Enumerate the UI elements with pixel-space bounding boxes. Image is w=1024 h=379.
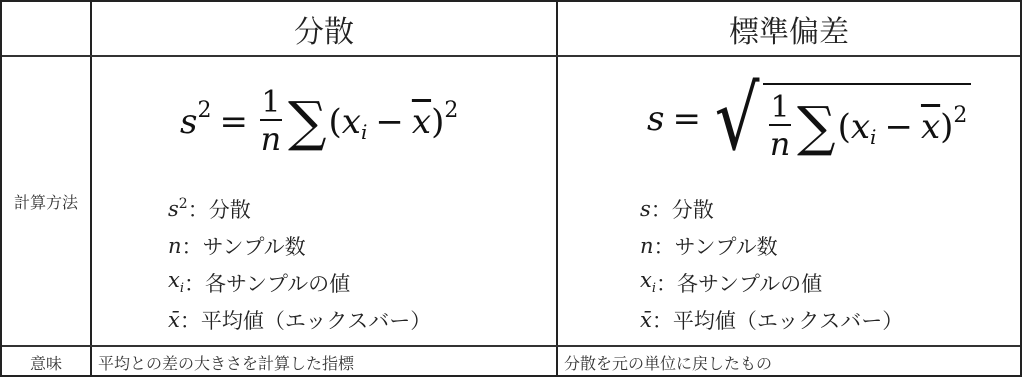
formula-subscript: i	[361, 120, 367, 144]
legend-symbol: xi	[640, 268, 656, 296]
legend-description: ：サンプル数	[654, 231, 778, 261]
formula-symbol: s	[180, 102, 197, 142]
formula-symbol: x	[851, 107, 870, 147]
row-label-calculation-method: 計算方法	[2, 57, 90, 345]
legend-symbol: x̄	[168, 308, 180, 332]
variance-legend: s2：分散 n：サンプル数 xi：各サンプルの値 x̄：平均値（エックスバー）	[168, 190, 431, 338]
sigma-symbol: ∑	[288, 95, 327, 149]
variance-meaning: 平均との差の大きさを計算した指標	[92, 347, 556, 377]
sqrt-icon: √	[715, 75, 760, 163]
row-label-meaning: 意味	[2, 347, 90, 377]
header-corner-cell	[2, 2, 90, 55]
legend-item: xi：各サンプルの値	[640, 264, 903, 301]
column-divider	[90, 2, 92, 375]
sigma-symbol: ∑	[797, 100, 836, 154]
legend-symbol: s	[640, 197, 651, 221]
legend-item: s2：分散	[168, 190, 431, 227]
formula-xbar: x	[412, 102, 431, 142]
legend-symbol: xi	[168, 268, 184, 296]
legend-item: s：分散	[640, 190, 903, 227]
legend-item: x̄：平均値（エックスバー）	[168, 301, 431, 338]
std-deviation-formula: s = √ 1 n ∑ (xi − x)2	[647, 64, 971, 174]
fraction: 1 n	[769, 92, 791, 162]
legend-symbol: x̄	[640, 308, 652, 332]
header-std-deviation: 標準偏差	[558, 2, 1020, 55]
formula-equals: =	[672, 99, 701, 139]
formula-exponent: 2	[197, 98, 211, 123]
column-divider	[556, 2, 558, 375]
formula-exponent: 2	[953, 103, 967, 128]
legend-description: ：平均値（エックスバー）	[180, 305, 431, 335]
open-paren: (	[838, 107, 851, 147]
formula-equals: =	[219, 102, 248, 142]
legend-description: ：各サンプルの値	[656, 268, 822, 298]
legend-description: ：各サンプルの値	[184, 268, 350, 298]
legend-description: ：分散	[651, 194, 714, 224]
std-deviation-meaning: 分散を元の単位に戻したもの	[558, 347, 1020, 377]
open-paren: (	[329, 102, 342, 142]
legend-symbol: n	[640, 234, 654, 258]
formula-exponent: 2	[444, 98, 458, 123]
close-paren: )	[940, 107, 953, 147]
legend-item: n：サンプル数	[168, 227, 431, 264]
legend-symbol: n	[168, 234, 182, 258]
row-divider	[2, 55, 1020, 57]
square-root: √ 1 n ∑ (xi − x)2	[709, 75, 971, 163]
formula-symbol: x	[342, 102, 361, 142]
fraction-numerator: 1	[770, 92, 789, 124]
formula-symbol: s	[647, 99, 664, 139]
legend-item: xi：各サンプルの値	[168, 264, 431, 301]
close-paren: )	[431, 102, 444, 142]
formula-minus: −	[375, 102, 404, 142]
header-variance: 分散	[92, 2, 556, 55]
legend-item: x̄：平均値（エックスバー）	[640, 301, 903, 338]
fraction: 1 n	[260, 87, 282, 157]
formula-subscript: i	[870, 125, 876, 149]
formula-xbar: x	[921, 107, 940, 147]
formula-minus: −	[884, 107, 913, 147]
legend-description: ：サンプル数	[182, 231, 306, 261]
fraction-denominator: n	[770, 126, 791, 162]
fraction-numerator: 1	[261, 87, 280, 119]
variance-formula: s2 = 1 n ∑ (xi − x)2	[180, 77, 458, 167]
legend-description: ：分散	[188, 194, 251, 224]
legend-description: ：平均値（エックスバー）	[652, 305, 903, 335]
comparison-table: 分散 標準偏差 計算方法 s2 = 1 n ∑ (xi − x)2 s = √ …	[0, 0, 1022, 377]
legend-item: n：サンプル数	[640, 227, 903, 264]
sqrt-body: 1 n ∑ (xi − x)2	[763, 83, 971, 163]
std-deviation-legend: s：分散 n：サンプル数 xi：各サンプルの値 x̄：平均値（エックスバー）	[640, 190, 903, 338]
legend-symbol: s2	[168, 196, 188, 221]
fraction-denominator: n	[261, 121, 282, 157]
